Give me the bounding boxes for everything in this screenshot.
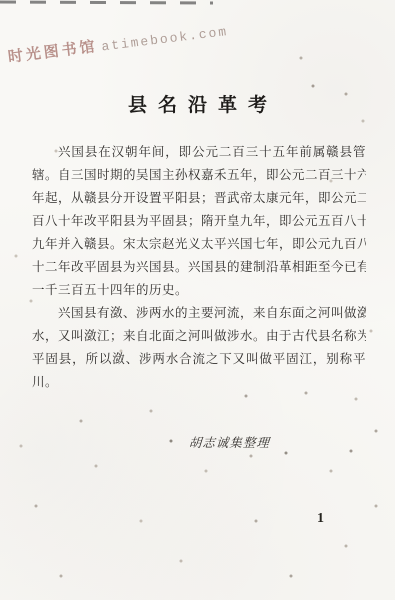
text-line: 年起，从赣县分开设置平阳县；晋武帝太康元年，即公元二	[32, 187, 366, 210]
body-text: 兴国县在汉朝年间，即公元二百三十五年前属赣县管 辖。自三国时期的吴国主孙权嘉禾五…	[32, 141, 366, 394]
text-line: 十二年改平固县为兴国县。兴国县的建制沿革相距至今已有	[32, 256, 366, 279]
text-line: 辖。自三国时期的吴国主孙权嘉禾五年，即公元二百三十六	[32, 164, 366, 187]
page-number: 1	[317, 511, 324, 527]
text-line: 川。	[32, 371, 366, 394]
text-line: 平固县，所以潋、涉两水合流之下又叫做平固江，别称平	[32, 348, 366, 371]
scan-noise	[0, 0, 2, 2]
attribution: 胡志诚集整理	[188, 433, 270, 451]
text-line: 一千三百五十四年的历史。	[32, 279, 366, 302]
text-line: 兴国县在汉朝年间，即公元二百三十五年前属赣县管	[32, 141, 366, 164]
text-line: 百八十年改平阳县为平固县；隋开皇九年，即公元五百八十	[32, 210, 366, 233]
watermark-library-name: 时光图书馆	[7, 39, 98, 66]
text-line: 水，又叫潋江；来自北面之河叫做涉水。由于古代县名称为	[32, 325, 366, 348]
text-line: 九年并入赣县。宋太宗赵光义太平兴国七年，即公元九百八	[32, 233, 366, 256]
text-line: 兴国县有潋、涉两水的主要河流，来自东面之河叫做潋	[32, 302, 366, 325]
watermark-website: atimebook.com	[101, 24, 229, 54]
torn-edge-dashes	[0, 0, 213, 4]
scanned-page: 时光图书馆 atimebook.com 县名沿革考 兴国县在汉朝年间，即公元二百…	[0, 0, 395, 600]
watermark: 时光图书馆 atimebook.com	[7, 19, 229, 67]
page-title: 县名沿革考	[0, 90, 395, 117]
